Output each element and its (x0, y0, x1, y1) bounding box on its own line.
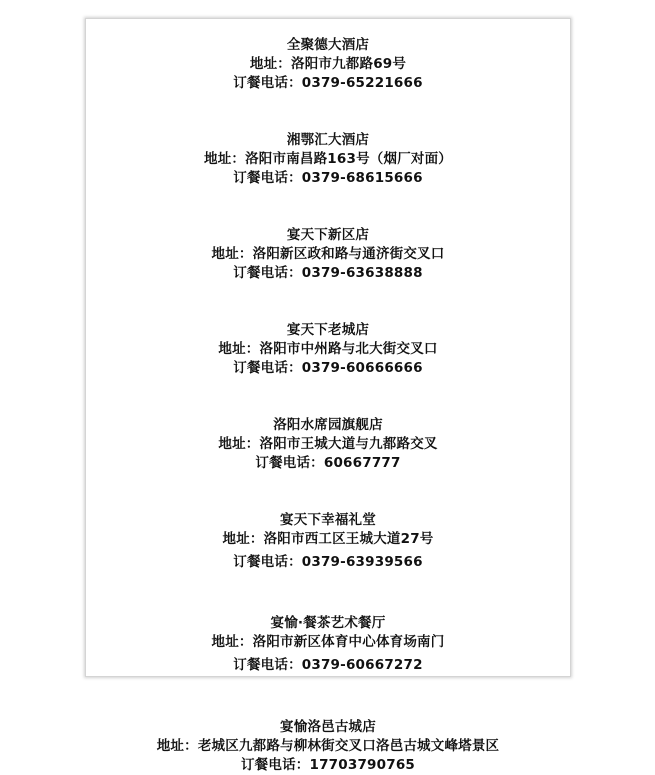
store-name: 宴愉·餐茶艺术餐厅 (86, 614, 570, 633)
store-address: 地址：洛阳市新区体育中心体育场南门 (86, 633, 570, 652)
store-address: 地址：洛阳新区政和路与通济街交叉口 (86, 245, 570, 264)
store-entry: 宴愉·餐茶艺术餐厅 地址：洛阳市新区体育中心体育场南门 订餐电话：0379-60… (86, 614, 570, 675)
store-phone: 订餐电话：0379-63638888 (86, 264, 570, 283)
store-address: 地址：洛阳市中州路与北大街交叉口 (86, 340, 570, 359)
store-address: 地址：洛阳市九都路69号 (86, 55, 570, 74)
spacer (86, 473, 570, 511)
store-entry: 洛阳水席园旗舰店 地址：洛阳市王城大道与九都路交叉 订餐电话：60667777 (86, 416, 570, 473)
store-name: 宴天下新区店 (86, 226, 570, 245)
spacer (86, 675, 570, 684)
store-entry: 全聚德大酒店 地址：洛阳市九都路69号 订餐电话：0379-65221666 (86, 36, 570, 93)
spacer (86, 378, 570, 416)
store-name: 全聚德大酒店 (86, 36, 570, 55)
store-entry: 宴天下老城店 地址：洛阳市中州路与北大街交叉口 订餐电话：0379-606666… (86, 321, 570, 378)
store-name: 宴天下幸福礼堂 (86, 511, 570, 530)
store-address: 地址：洛阳市南昌路163号（烟厂对面） (86, 150, 570, 169)
store-name: 湘鄂汇大酒店 (86, 131, 570, 150)
store-address: 地址：洛阳市王城大道与九都路交叉 (86, 435, 570, 454)
store-phone: 订餐电话：0379-65221666 (86, 74, 570, 93)
store-name: 洛阳水席园旗舰店 (86, 416, 570, 435)
store-entry: 湘鄂汇大酒店 地址：洛阳市南昌路163号（烟厂对面） 订餐电话：0379-686… (86, 131, 570, 188)
store-phone: 订餐电话：0379-63939566 (86, 553, 570, 572)
store-phone: 订餐电话：60667777 (86, 454, 570, 473)
store-phone: 订餐电话：0379-68615666 (86, 169, 570, 188)
spacer (86, 283, 570, 321)
store-address: 地址：洛阳市西工区王城大道27号 (86, 530, 570, 549)
document-page: 全聚德大酒店 地址：洛阳市九都路69号 订餐电话：0379-65221666 湘… (85, 18, 571, 677)
store-phone: 订餐电话：0379-60667272 (86, 656, 570, 675)
store-list: 全聚德大酒店 地址：洛阳市九都路69号 订餐电话：0379-65221666 湘… (86, 36, 570, 684)
store-name: 宴天下老城店 (86, 321, 570, 340)
store-phone: 订餐电话：0379-60666666 (86, 359, 570, 378)
spacer (86, 572, 570, 614)
store-entry: 宴天下新区店 地址：洛阳新区政和路与通济街交叉口 订餐电话：0379-63638… (86, 226, 570, 283)
store-entry: 宴天下幸福礼堂 地址：洛阳市西工区王城大道27号 订餐电话：0379-63939… (86, 511, 570, 572)
spacer (86, 188, 570, 226)
spacer (86, 93, 570, 131)
